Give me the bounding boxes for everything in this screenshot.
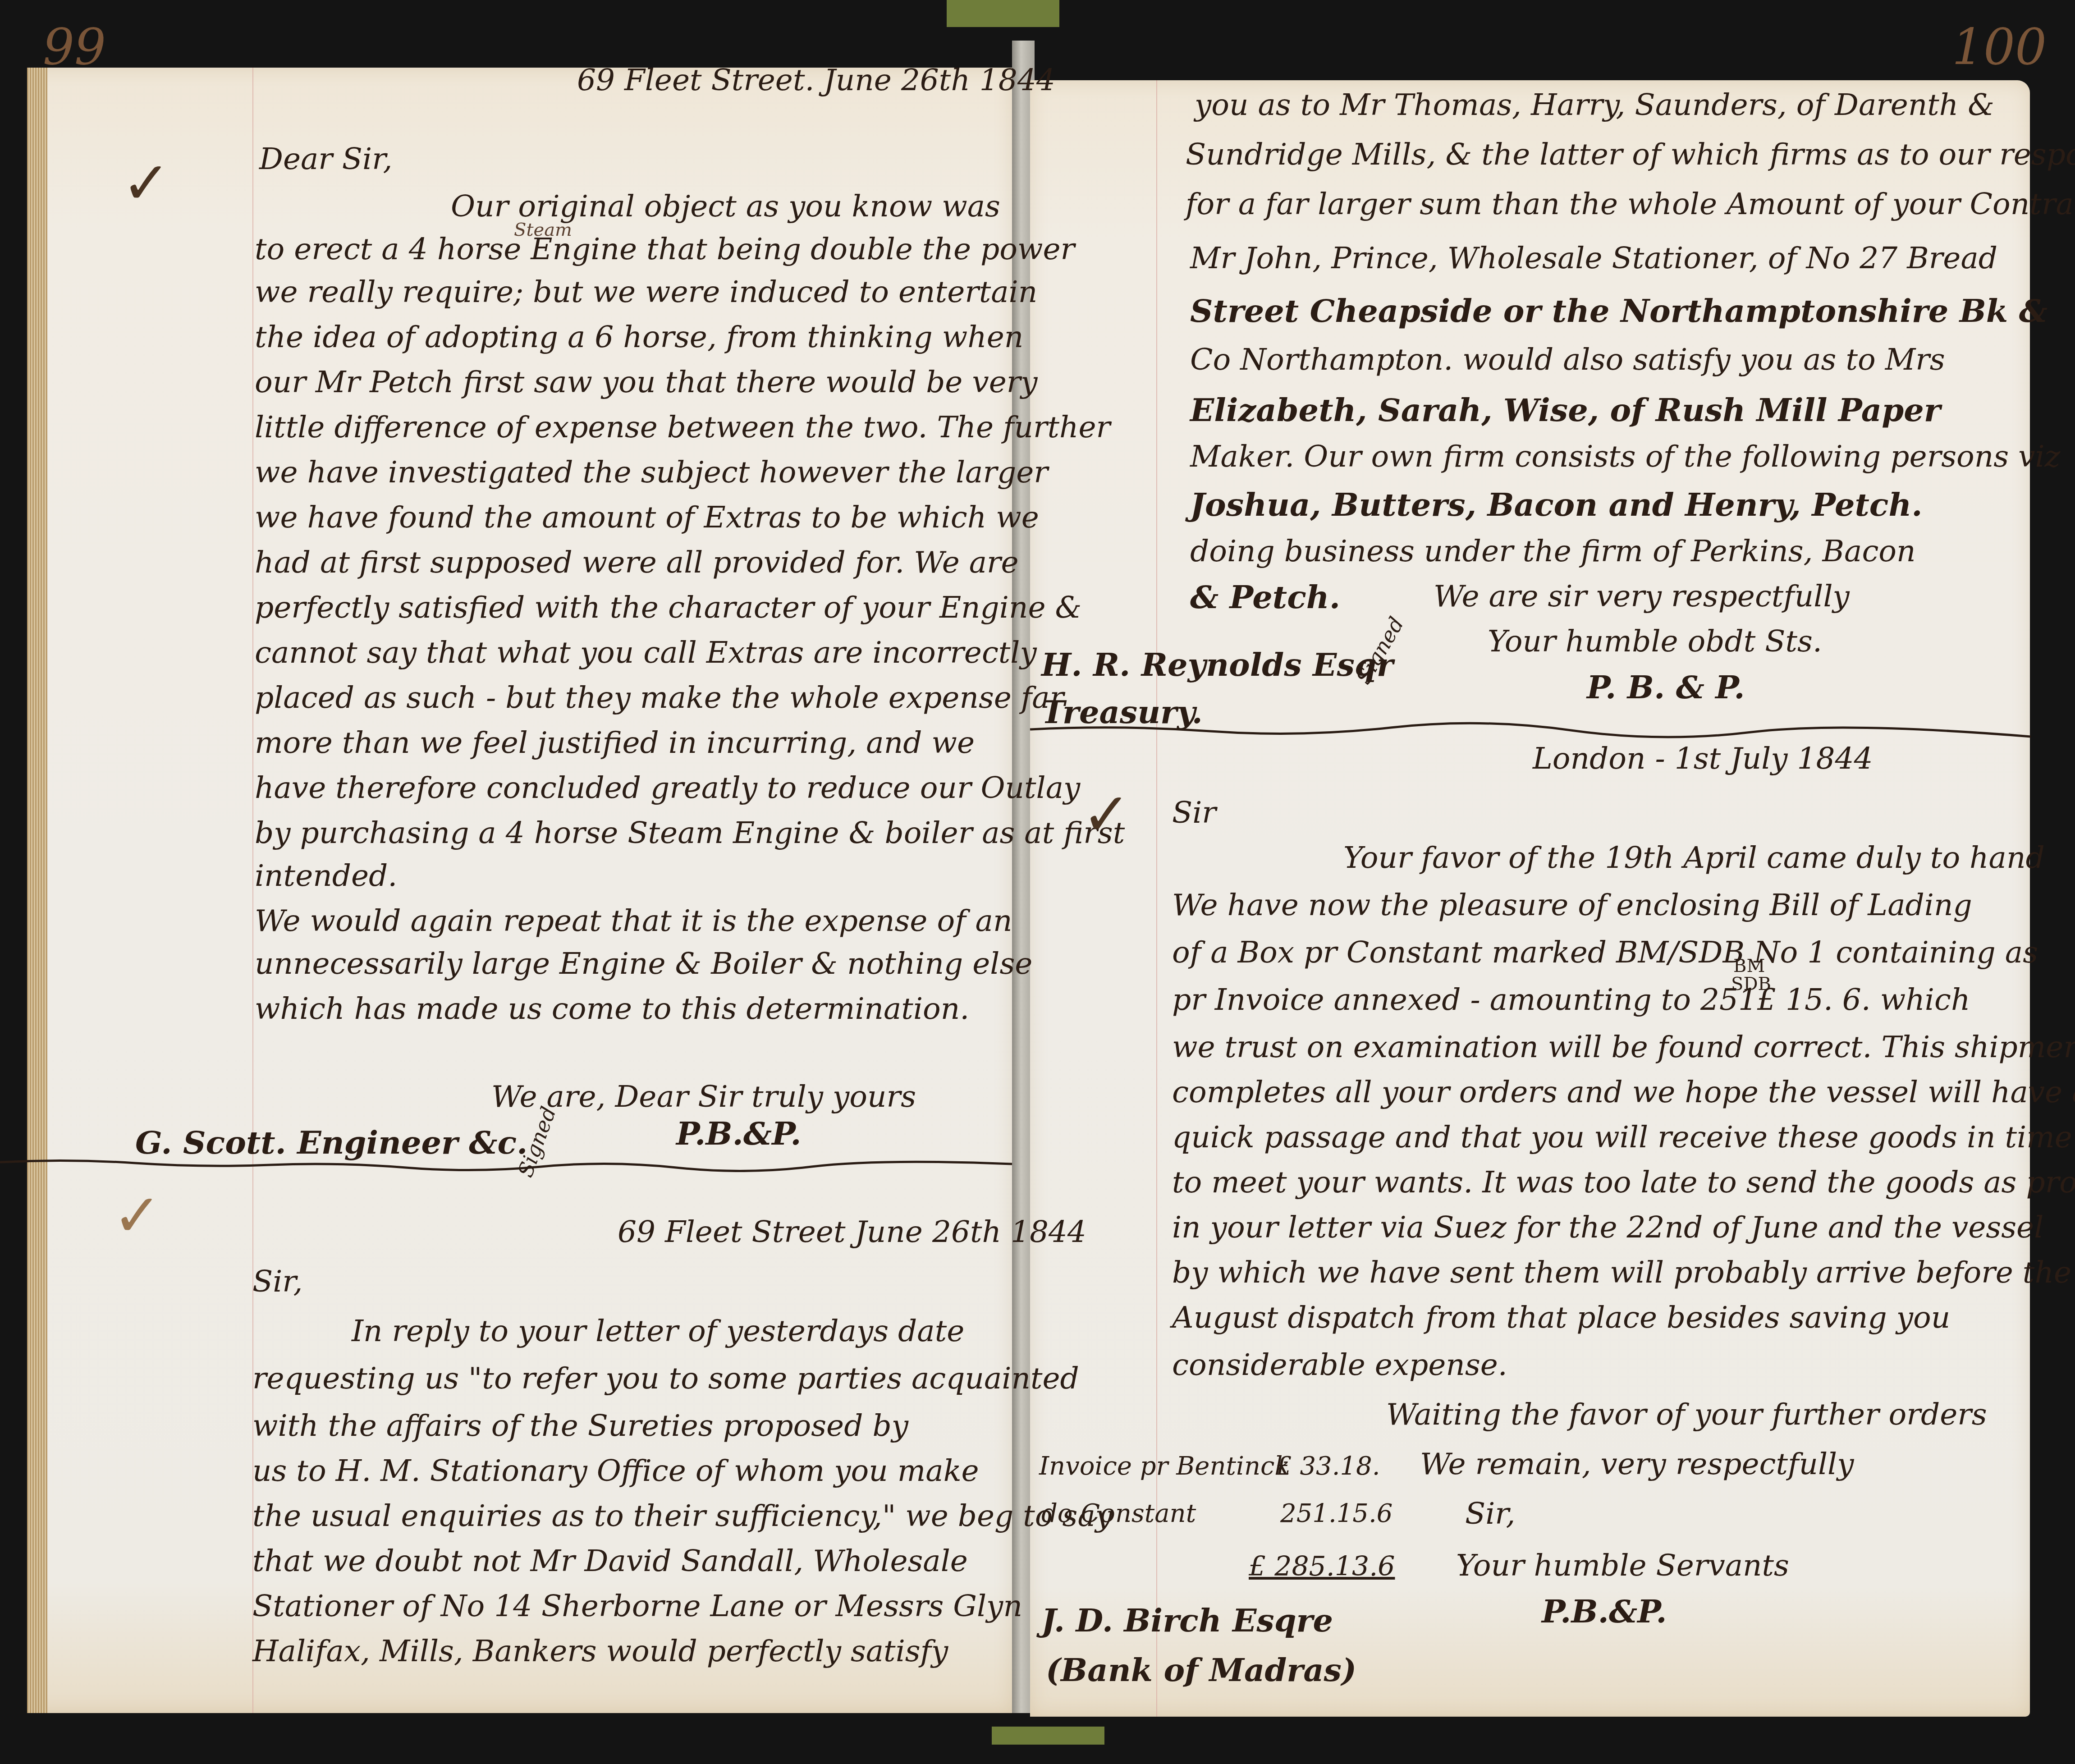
- letter3-closing-4: Your humble Servants: [1456, 1551, 1789, 1581]
- letter3-closing-3: Sir,: [1465, 1499, 1516, 1529]
- checkmark-icon: ✓: [122, 149, 171, 217]
- letter3-signature: P.B.&P.: [1542, 1596, 1667, 1627]
- letter-divider: [1030, 721, 2031, 739]
- letter3-addressee-name: J. D. Birch Esqre: [1041, 1605, 1333, 1636]
- letter1-address-date: 69 Fleet Street. June 26th 1844: [577, 65, 1055, 95]
- green-cloth-top: [947, 0, 1059, 27]
- letter-divider: [0, 1154, 1012, 1172]
- invoice-row-amount: £ 33.18.: [1276, 1454, 1380, 1479]
- letter3-address-date: London - 1st July 1844: [1533, 744, 1873, 774]
- invoice-row-amount: 251.15.6: [1280, 1501, 1392, 1526]
- letter1-salutation: Dear Sir,: [259, 144, 392, 174]
- green-cloth-bottom: [992, 1727, 1104, 1745]
- letter2-address-date: 69 Fleet Street June 26th 1844: [618, 1217, 1086, 1247]
- invoice-row-label: Invoice pr Bentinck: [1039, 1454, 1290, 1479]
- letter3-closing-1: Waiting the favor of your further orders: [1386, 1400, 1987, 1430]
- shipping-mark-bottom: SDB: [1731, 974, 1771, 994]
- letter3-addressee-bank: (Bank of Madras): [1046, 1654, 1356, 1686]
- checkmark-icon: ✓: [1082, 780, 1131, 848]
- letter2-signature: P. B. & P.: [1587, 672, 1745, 703]
- letter2-closing-1: We are sir very respectfully: [1434, 582, 1850, 611]
- letter2-salutation: Sir,: [252, 1267, 303, 1297]
- page-number-right: 100: [1952, 18, 2047, 76]
- letter3-salutation: Sir: [1172, 798, 1216, 828]
- letter2-closing-2: Your humble obdt Sts.: [1488, 627, 1822, 656]
- invoice-total: £ 285.13.6: [1249, 1553, 1395, 1580]
- letter1-signature: P.B.&P.: [676, 1118, 802, 1150]
- page-number-left: 99: [43, 18, 106, 76]
- letter3-closing-2: We remain, very respectfully: [1420, 1449, 1854, 1479]
- letter1-closing: We are, Dear Sir truly yours: [491, 1082, 916, 1112]
- checkmark-icon: ✓: [113, 1181, 162, 1250]
- letter2-addressee-name: H. R. Reynolds Esqr: [1041, 649, 1393, 681]
- invoice-row-label: do Constant: [1041, 1501, 1196, 1526]
- page-edges: [27, 68, 47, 1713]
